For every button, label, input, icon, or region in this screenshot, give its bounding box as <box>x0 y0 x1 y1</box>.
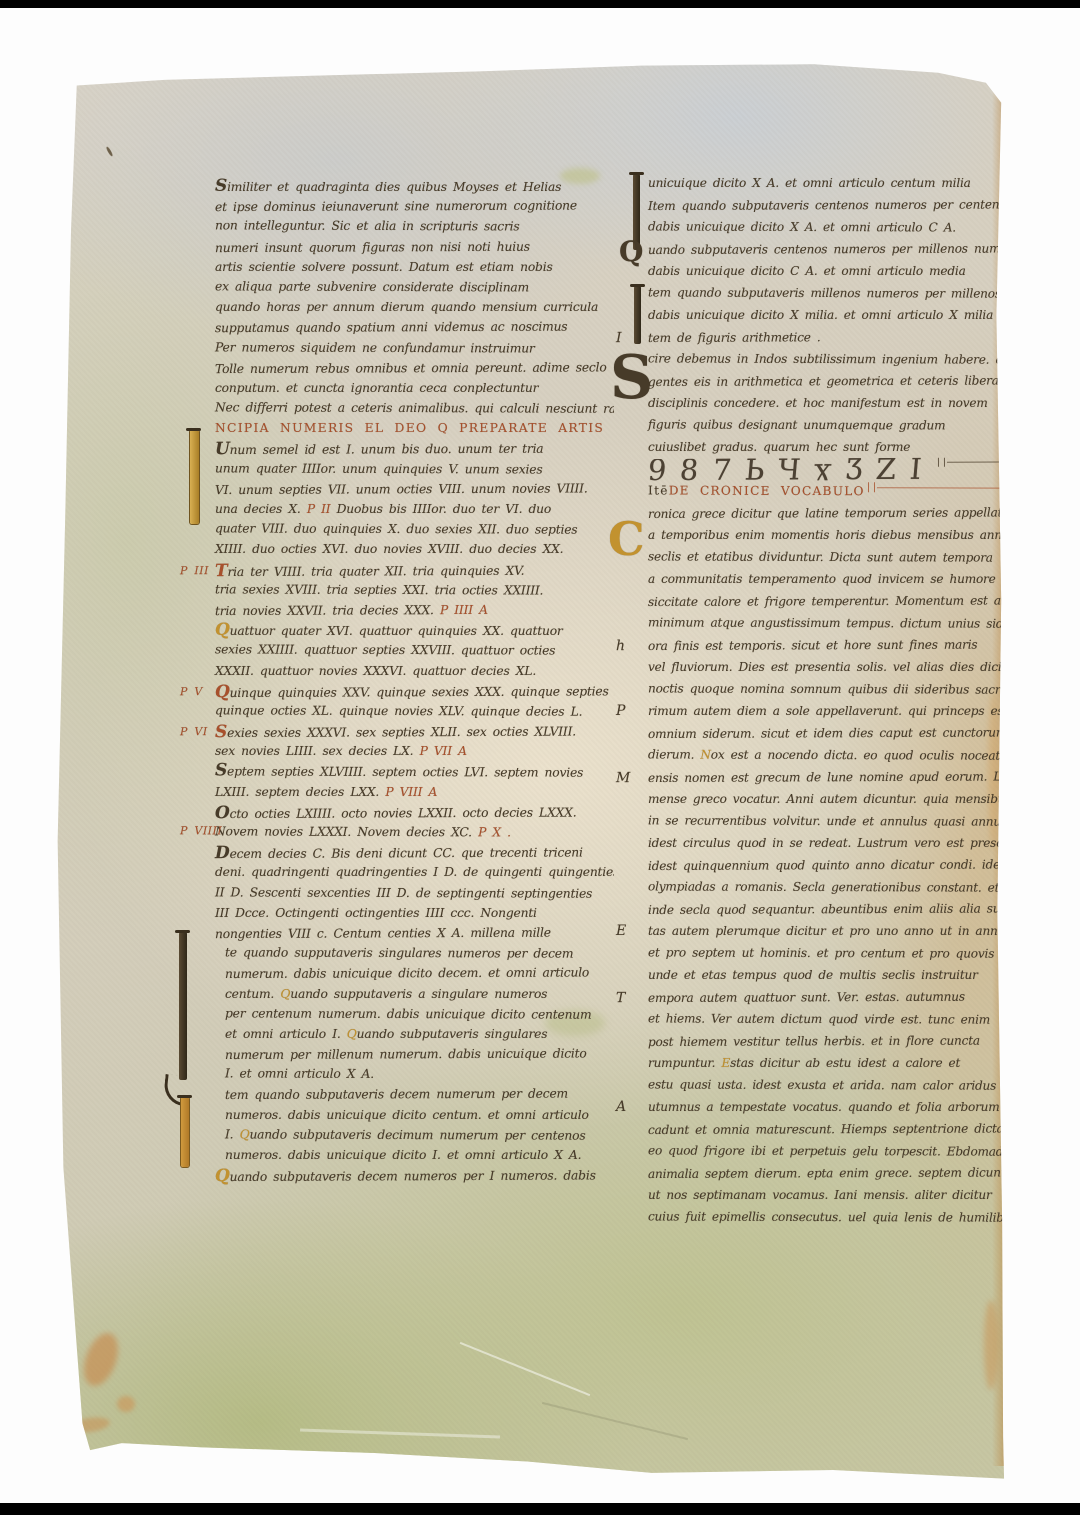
manuscript-line: numeri insunt quorum figuras non nisi no… <box>178 236 614 258</box>
manuscript-line: numeros. dabis unicuique dicito I. et om… <box>178 1145 614 1165</box>
margin-initial: E <box>616 920 627 942</box>
manuscript-line: Primum autem diem a sole appellaverunt. … <box>614 700 1012 722</box>
manuscript-line: nongenties VIII c. Centum centies X A. m… <box>178 922 614 944</box>
manuscript-line: XIIII. duo octies XVI. duo novies XVIII.… <box>178 539 614 559</box>
manuscript-line: Per numeros siquidem ne confundamur inst… <box>178 337 614 359</box>
manuscript-line: Quando subputaveris decem numeros per I … <box>178 1165 614 1187</box>
manuscript-line: I. et omni articulo X A. <box>178 1063 614 1085</box>
margin-initial: T <box>616 987 626 1009</box>
manuscript-line: et omni articulo I. Quando subputaveris … <box>178 1024 614 1044</box>
ghubar-numeral: 9 <box>647 459 667 481</box>
screenshot-root: Similiter et quadraginta dies quibus Moy… <box>0 0 1080 1515</box>
margin-initial: h <box>616 635 626 657</box>
manuscript-line: cire debemus in Indos subtilissimum inge… <box>614 347 1012 370</box>
manuscript-line: Etas autem plerumque dicitur et pro uno … <box>614 920 1012 942</box>
parchment-stain <box>105 146 113 157</box>
manuscript-line: dabis unicuique dicito X A. et omni arti… <box>614 215 1012 238</box>
manuscript-line: unum quater IIIIor. unum quinquies V. un… <box>178 458 614 480</box>
parchment-stain <box>117 1396 135 1412</box>
manuscript-line: sex novies LIIII. sex decies LX. P VII A <box>178 741 614 761</box>
manuscript-line: a communitatis temperamento quod invicem… <box>614 568 1012 590</box>
manuscript-line: estu quasi usta. idest exusta et arida. … <box>614 1073 1012 1096</box>
initial-C-gold: C <box>608 516 645 562</box>
ghubar-numeral: Z <box>875 458 897 480</box>
initial-S-large: S <box>610 348 653 408</box>
inline-initial: Q <box>215 1166 230 1186</box>
inline-initial: U <box>215 439 230 459</box>
hindu-arabic-numerals-row: 987ЬЧɣƷZI <box>614 457 1012 481</box>
manuscript-line: et hiems. Ver autem dictum quod virde es… <box>614 1007 1012 1030</box>
manuscript-line: rumpuntur. Estas dicitur ab estu idest a… <box>614 1052 1012 1074</box>
manuscript-line: numerum. dabis unicuique dicito decem. e… <box>178 963 614 985</box>
manuscript-line: dabis unicuique dicito C A. et omni arti… <box>614 260 1012 282</box>
line-filler <box>877 487 1006 488</box>
manuscript-line: tria sexies XVIII. tria septies XXI. tri… <box>178 579 614 601</box>
manuscript-line: artis scientie solvere possunt. Datum es… <box>178 257 614 277</box>
manuscript-line: cuiuslibet gradus. quarum hec sunt forme <box>614 436 1012 458</box>
inline-initial: O <box>215 803 230 823</box>
manuscript-line: unde et etas tempus quod de multis secli… <box>614 964 1012 986</box>
manuscript-line: animalia septem dierum. epta enim grece.… <box>614 1161 1012 1185</box>
inline-initial: S <box>215 722 227 742</box>
manuscript-line: P VIIIINovem novies LXXXI. Novem decies … <box>178 821 614 843</box>
manuscript-line: cuius fuit epimellis consecutus. uel qui… <box>614 1205 1012 1228</box>
margin-initial: P VI <box>180 722 208 742</box>
margin-initial: P III <box>180 561 209 581</box>
manuscript-line: III Dcce. Octingenti octingenties IIII c… <box>178 903 614 923</box>
manuscript-line: Item de figuris arithmetice . <box>614 325 1012 349</box>
gold-initial-I-2 <box>181 1097 189 1167</box>
manuscript-line: idest circulus quod in se redeat. Lustru… <box>614 832 1012 854</box>
line-filler <box>947 461 1006 462</box>
parchment-crease <box>542 1402 688 1440</box>
manuscript-line: vel fluviorum. Dies est presentia solis.… <box>614 656 1012 678</box>
parchment-stain <box>77 1329 124 1391</box>
manuscript-line: omnium siderum. sicut et idem dies caput… <box>614 721 1012 745</box>
manuscript-line: Item quando subputaveris centenos numero… <box>614 193 1012 217</box>
manuscript-line: Tempora autem quattuor sunt. Ver. estas.… <box>614 985 1012 1009</box>
inline-initial: Q <box>215 620 230 640</box>
initial-I-right-2 <box>634 286 641 344</box>
manuscript-line: inde secla quod sequantur. abeuntibus en… <box>614 897 1012 921</box>
manuscript-line: Mensis nomen est grecum de lune nomine a… <box>614 765 1012 789</box>
manuscript-line: Unum semel id est I. unum bis duo. unum … <box>178 438 614 460</box>
ghubar-numeral: 7 <box>712 459 732 481</box>
ghubar-numeral: I <box>909 458 922 480</box>
margin-initial: A <box>616 1096 627 1118</box>
manuscript-line: Tolle numerum rebus omnibus et omnia per… <box>178 357 614 379</box>
manuscript-line: a temporibus enim momentis horis diebus … <box>614 524 1012 546</box>
initial-Q-right: Q <box>619 238 643 266</box>
left-text-column: Similiter et quadraginta dies quibus Moy… <box>178 176 614 1185</box>
margin-initial: P V <box>180 682 203 702</box>
manuscript-line: mense greco vocatur. Anni autem dicuntur… <box>614 788 1012 810</box>
parchment-crease <box>460 1342 591 1396</box>
manuscript-line: in se recurrentibus volvitur. unde et an… <box>614 809 1012 832</box>
manuscript-line: siccitate calore et frigore temperentur.… <box>614 589 1012 613</box>
margin-initial: P VIIII <box>180 821 222 841</box>
manuscript-line: non intelleguntur. Sic et alia in script… <box>178 216 614 238</box>
manuscript-line: eo quod frigore ibi et perpetuis gelu to… <box>614 1139 1012 1162</box>
parchment-crease <box>300 1429 500 1439</box>
ghubar-numeral: ɣ <box>813 458 832 480</box>
manuscript-line: tem quando subputaveris decem numerum pe… <box>178 1084 614 1106</box>
rubric-line: NCIPIA NUMERIS EL DEO Q PREPARATE ARTIS … <box>178 418 614 438</box>
manuscript-line: numeros. dabis unicuique dicito centum. … <box>178 1105 614 1125</box>
ghubar-numeral: 8 <box>679 459 699 481</box>
manuscript-line: VI. unum septies VII. unum octies VIII. … <box>178 478 614 500</box>
manuscript-line: tria novies XXVII. tria decies XXX. P II… <box>178 599 614 621</box>
manuscript-line: hora finis est temporis. sicut et hore s… <box>614 633 1012 657</box>
inline-initial: D <box>215 843 230 863</box>
manuscript-line: gentes eis in arithmetica et geometrica … <box>614 369 1012 393</box>
manuscript-line: Quattuor quater XVI. quattuor quinquies … <box>178 620 614 640</box>
manuscript-line: una decies X. P II Duobus bis IIIIor. du… <box>178 499 614 519</box>
manuscript-page: Similiter et quadraginta dies quibus Moy… <box>50 60 1005 1480</box>
manuscript-line: noctis quoque nomina somnum quibus dii s… <box>614 677 1012 700</box>
inline-initial: T <box>215 561 228 581</box>
manuscript-line: ronica grece dicitur que latine temporum… <box>614 501 1012 525</box>
manuscript-line: Octo octies LXIIII. octo novies LXXII. o… <box>178 801 614 823</box>
manuscript-line: idest quinquennium quod quinto anno dica… <box>614 853 1012 877</box>
tall-initial-I-flourish <box>179 932 187 1080</box>
inline-initial: S <box>215 176 227 196</box>
manuscript-line: Nec differri potest a ceteris animalibus… <box>178 397 614 419</box>
rubric-line: Itē DE CRONICE VOCABULO <box>614 479 1012 502</box>
gold-initial-I <box>190 430 199 524</box>
ghubar-numeral: Ь <box>744 459 765 481</box>
manuscript-line: te quando supputaveris singulares numero… <box>178 942 614 964</box>
manuscript-line: seclis et etatibus dividuntur. Dicta sun… <box>614 545 1012 568</box>
ghubar-numeral: Ʒ <box>845 458 863 480</box>
manuscript-line: XXXII. quattuor novies XXXVI. quattuor d… <box>178 661 614 681</box>
manuscript-line: ex aliqua parte subvenire considerate di… <box>178 276 614 298</box>
right-text-column: unicuique dicito X A. et omni articulo c… <box>614 172 1012 1228</box>
film-bar-top <box>0 0 1080 8</box>
ghubar-numeral: Ч <box>777 458 801 480</box>
manuscript-line: supputamus quando spatium anni videmus a… <box>178 317 614 339</box>
parchment-stain <box>69 1415 111 1434</box>
manuscript-line: figuris quibus designant unumquemque gra… <box>614 413 1012 436</box>
manuscript-line: ut nos septimanam vocamus. Iani mensis. … <box>614 1184 1012 1206</box>
manuscript-line: LXIII. septem decies LXX. P VIII A <box>178 782 614 802</box>
manuscript-line: I. Quando subputaveris decimum numerum p… <box>178 1124 614 1146</box>
margin-initial: M <box>616 767 631 789</box>
manuscript-line: sexies XXIIII. quattuor septies XXVIII. … <box>178 640 614 662</box>
parchment-stain <box>984 1300 998 1390</box>
manuscript-line: quater VIII. duo quinquies X. duo sexies… <box>178 518 614 540</box>
inline-initial: S <box>215 761 227 781</box>
manuscript-line: per centenum numerum. dabis unicuique di… <box>178 1003 614 1025</box>
film-bar-bottom <box>0 1503 1080 1515</box>
manuscript-line: unicuique dicito X A. et omni articulo c… <box>614 172 1012 194</box>
manuscript-line: conputum. et cuncta ignorantia ceca conp… <box>178 378 614 398</box>
manuscript-line: tem quando subputaveris millenos numeros… <box>614 281 1012 304</box>
manuscript-line: post hiemem vestitur tellus herbis. et i… <box>614 1029 1012 1053</box>
manuscript-line: dabis unicuique dicito X milia. et omni … <box>614 304 1012 326</box>
manuscript-line: uando subputaveris centenos numeros per … <box>614 237 1012 261</box>
manuscript-line: Septem septies XLVIIII. septem octies LV… <box>178 761 614 783</box>
manuscript-line: minimum atque angustissimum tempus. dict… <box>614 611 1012 634</box>
manuscript-line: dierum. Nox est a nocendo dicta. eo quod… <box>614 743 1012 766</box>
manuscript-line: Similiter et quadraginta dies quibus Moy… <box>178 176 614 196</box>
manuscript-line: cadunt et omnia maturescunt. Hiemps sept… <box>614 1117 1012 1141</box>
margin-initial: P <box>616 700 626 722</box>
manuscript-line: II D. Sescenti sexcenties III D. de sept… <box>178 882 614 904</box>
manuscript-line: deni. quadringenti quadringenties I D. d… <box>178 862 614 882</box>
manuscript-line: et pro septem ut hominis. et pro centum … <box>614 941 1012 964</box>
manuscript-line: P VQuinque quinquies XXV. quinque sexies… <box>178 680 614 702</box>
manuscript-line: P VISexies sexies XXXVI. sex septies XLI… <box>178 720 614 742</box>
manuscript-line: quando horas per annum dierum quando men… <box>178 297 614 317</box>
manuscript-line: P IIITria ter VIIII. tria quater XII. tr… <box>178 559 614 581</box>
inline-initial: Q <box>215 682 230 702</box>
manuscript-line: numerum per millenum numerum. dabis unic… <box>178 1043 614 1065</box>
manuscript-line: olympiadas a romanis. Secla generationib… <box>614 875 1012 898</box>
manuscript-line: et ipse dominus ieiunaverunt sine numero… <box>178 196 614 218</box>
manuscript-line: quinque octies XL. quinque novies XLV. q… <box>178 700 614 722</box>
manuscript-line: Decem decies C. Bis deni dicunt CC. que … <box>178 842 614 864</box>
manuscript-line: disciplinis concedere. et hoc manifestum… <box>614 392 1012 414</box>
manuscript-line: centum. Quando supputaveris a singulare … <box>178 984 614 1004</box>
manuscript-line: Autumnus a tempestate vocatus. quando et… <box>614 1096 1012 1118</box>
